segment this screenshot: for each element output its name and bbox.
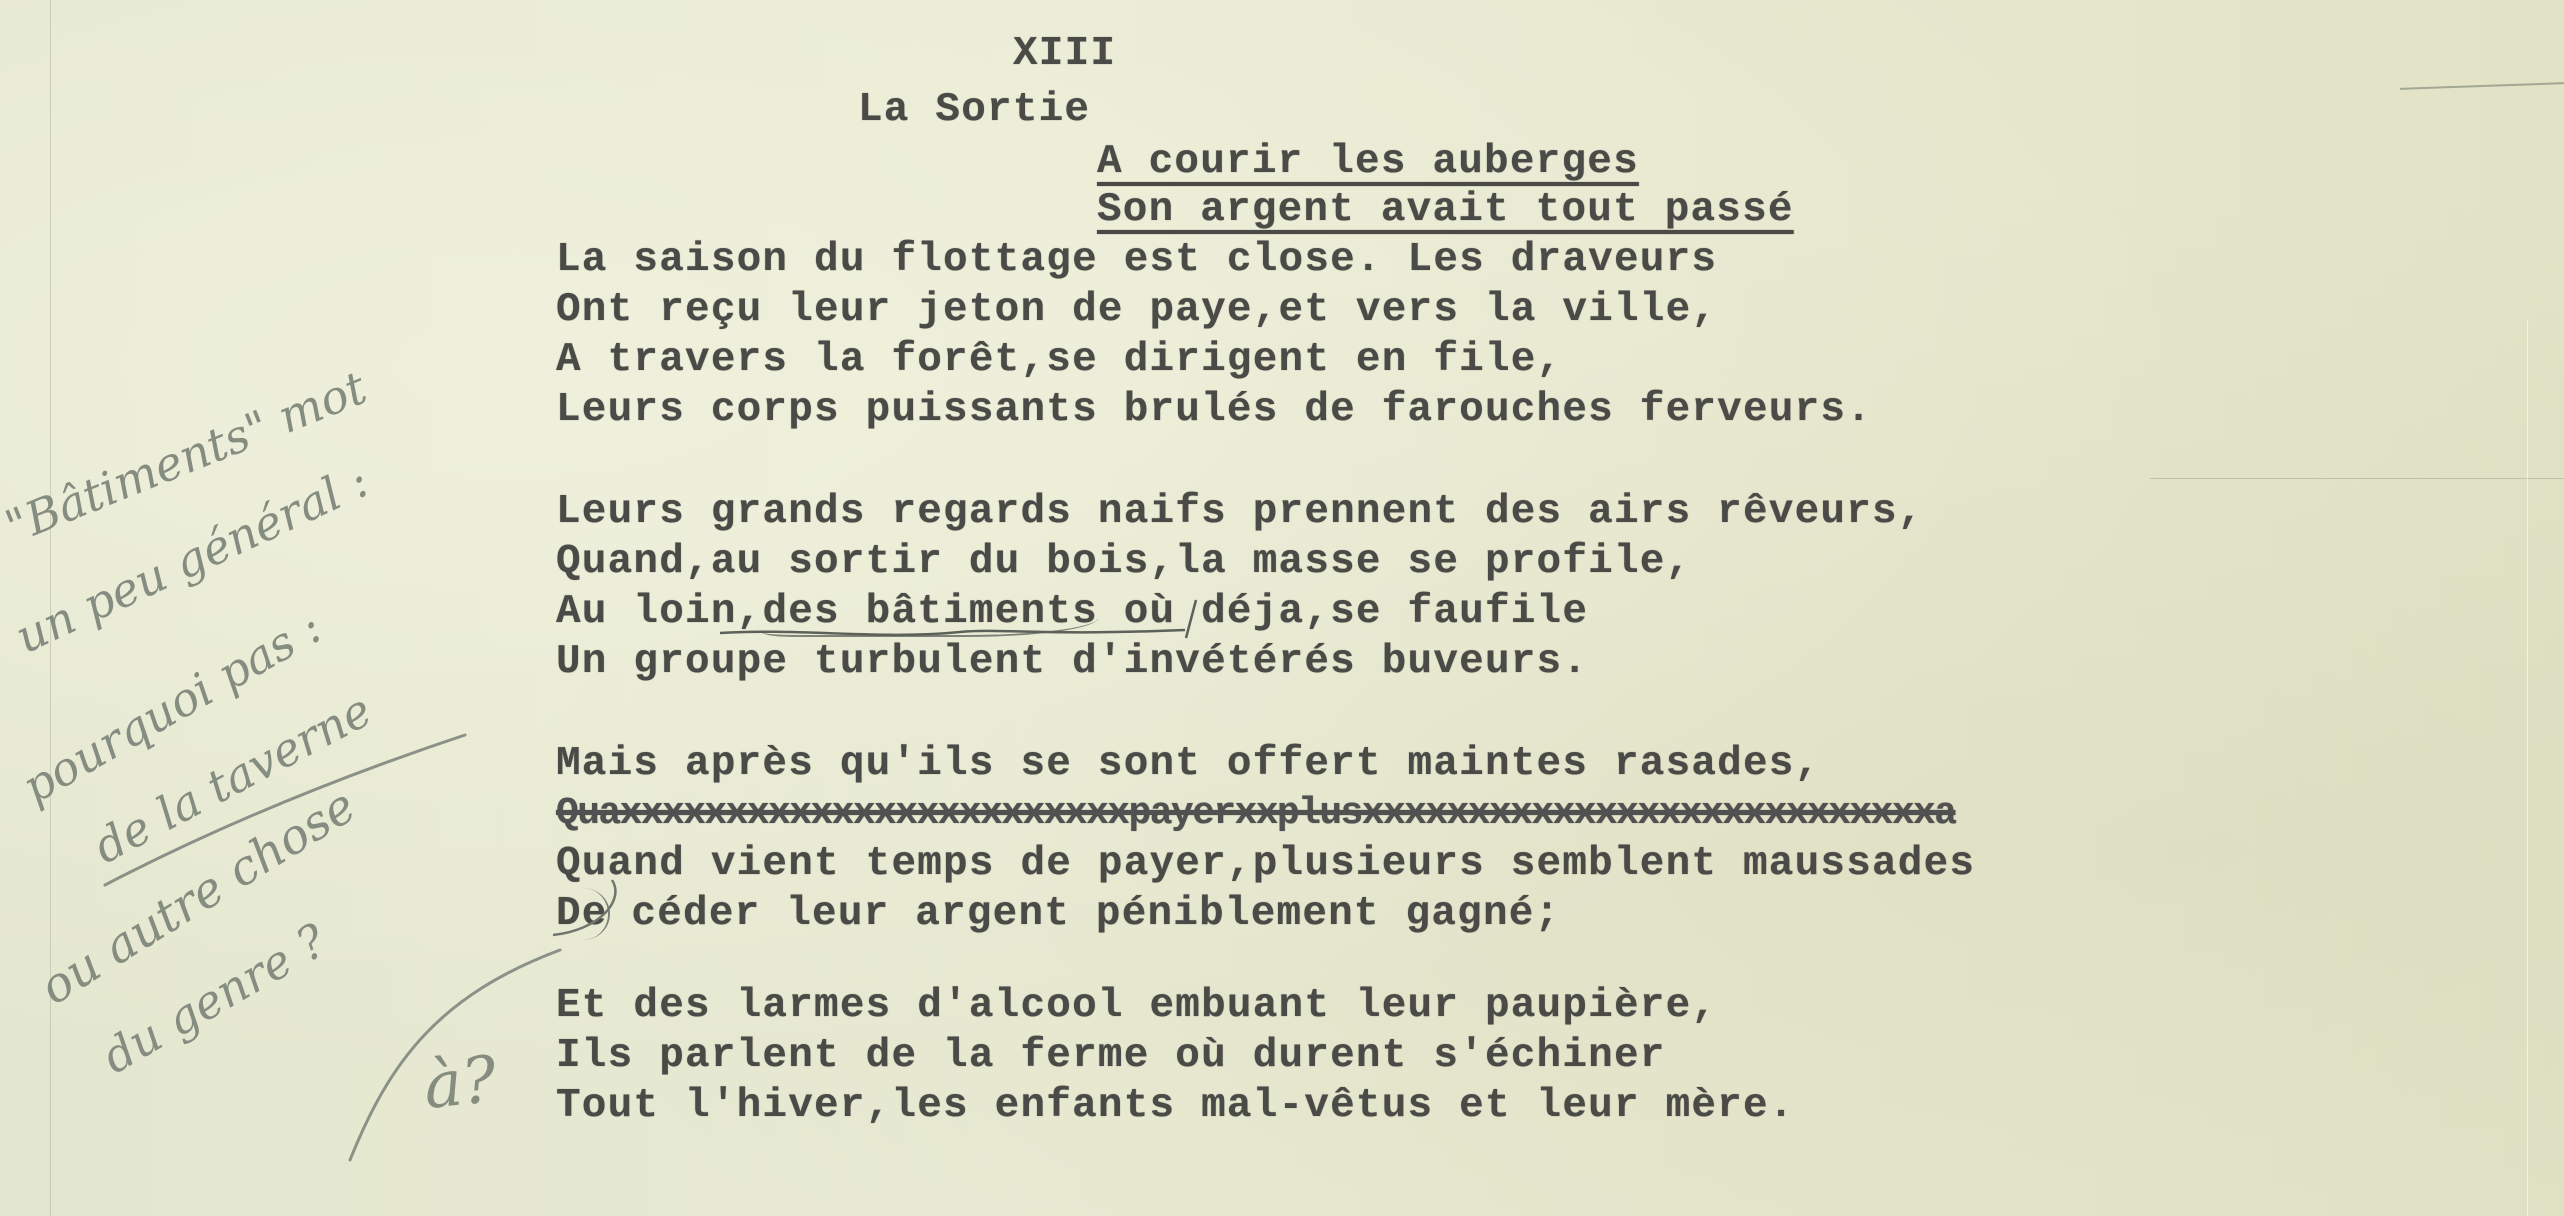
- manuscript-page: XIII La Sortie A courir les auberges Son…: [0, 0, 2564, 1216]
- verse-fragment: où déja,se faufile: [1098, 589, 1588, 635]
- epigraph-line: Son argent avait tout passé: [1097, 184, 1794, 236]
- paper-crease: [2150, 478, 2564, 479]
- struck-out-line: Quaxxxxxxxxxxxxxxxxxxxxxxxxpayerxxplusxx…: [556, 788, 1975, 838]
- paper-crease: [2400, 82, 2564, 90]
- epigraph-line: A courir les auberges: [1097, 136, 1639, 188]
- pencil-underlined-phrase: des bâtiments: [762, 589, 1097, 637]
- verse-fragment: Au loin,: [556, 589, 762, 635]
- stanza: La saison du flottage est close. Les dra…: [556, 234, 1872, 434]
- verse-line: Mais après qu'ils se sont offert maintes…: [556, 738, 1975, 788]
- verse-line: Quand,au sortir du bois,la masse se prof…: [556, 536, 1924, 586]
- verse-line: La saison du flottage est close. Les dra…: [556, 234, 1872, 284]
- verse-line: Un groupe turbulent d'invétérés buveurs.: [556, 636, 1924, 686]
- chapter-number: XIII: [1013, 28, 1116, 80]
- verse-line: A travers la forêt,se dirigent en file,: [556, 334, 1872, 384]
- stanza: Mais après qu'ils se sont offert maintes…: [556, 738, 1975, 938]
- chapter-title: La Sortie: [858, 84, 1090, 136]
- verse-line-annotated: De céder leur argent péniblement gagné;: [556, 888, 1975, 938]
- verse-line: Leurs corps puissants brulés de farouche…: [556, 384, 1872, 434]
- stanza: Et des larmes d'alcool embuant leur paup…: [556, 980, 1795, 1130]
- verse-line: Ils parlent de la ferme où durent s'échi…: [556, 1030, 1795, 1080]
- verse-line-annotated: Au loin,des bâtiments où déja,se faufile: [556, 586, 1924, 636]
- verse-line: Quand vient temps de payer,plusieurs sem…: [556, 838, 1975, 888]
- verse-line: Tout l'hiver,les enfants mal-vêtus et le…: [556, 1080, 1795, 1130]
- verse-line: Leurs grands regards naifs prennent des …: [556, 486, 1924, 536]
- verse-line: Ont reçu leur jeton de paye,et vers la v…: [556, 284, 1872, 334]
- query-mark: à?: [420, 1043, 500, 1124]
- verse-fragment: céder leur argent péniblement gagné;: [606, 891, 1561, 937]
- paper-crease: [2527, 320, 2528, 1216]
- stanza: Leurs grands regards naifs prennent des …: [556, 486, 1924, 686]
- verse-line: Et des larmes d'alcool embuant leur paup…: [556, 980, 1795, 1030]
- pencil-circled-word: De: [556, 888, 610, 940]
